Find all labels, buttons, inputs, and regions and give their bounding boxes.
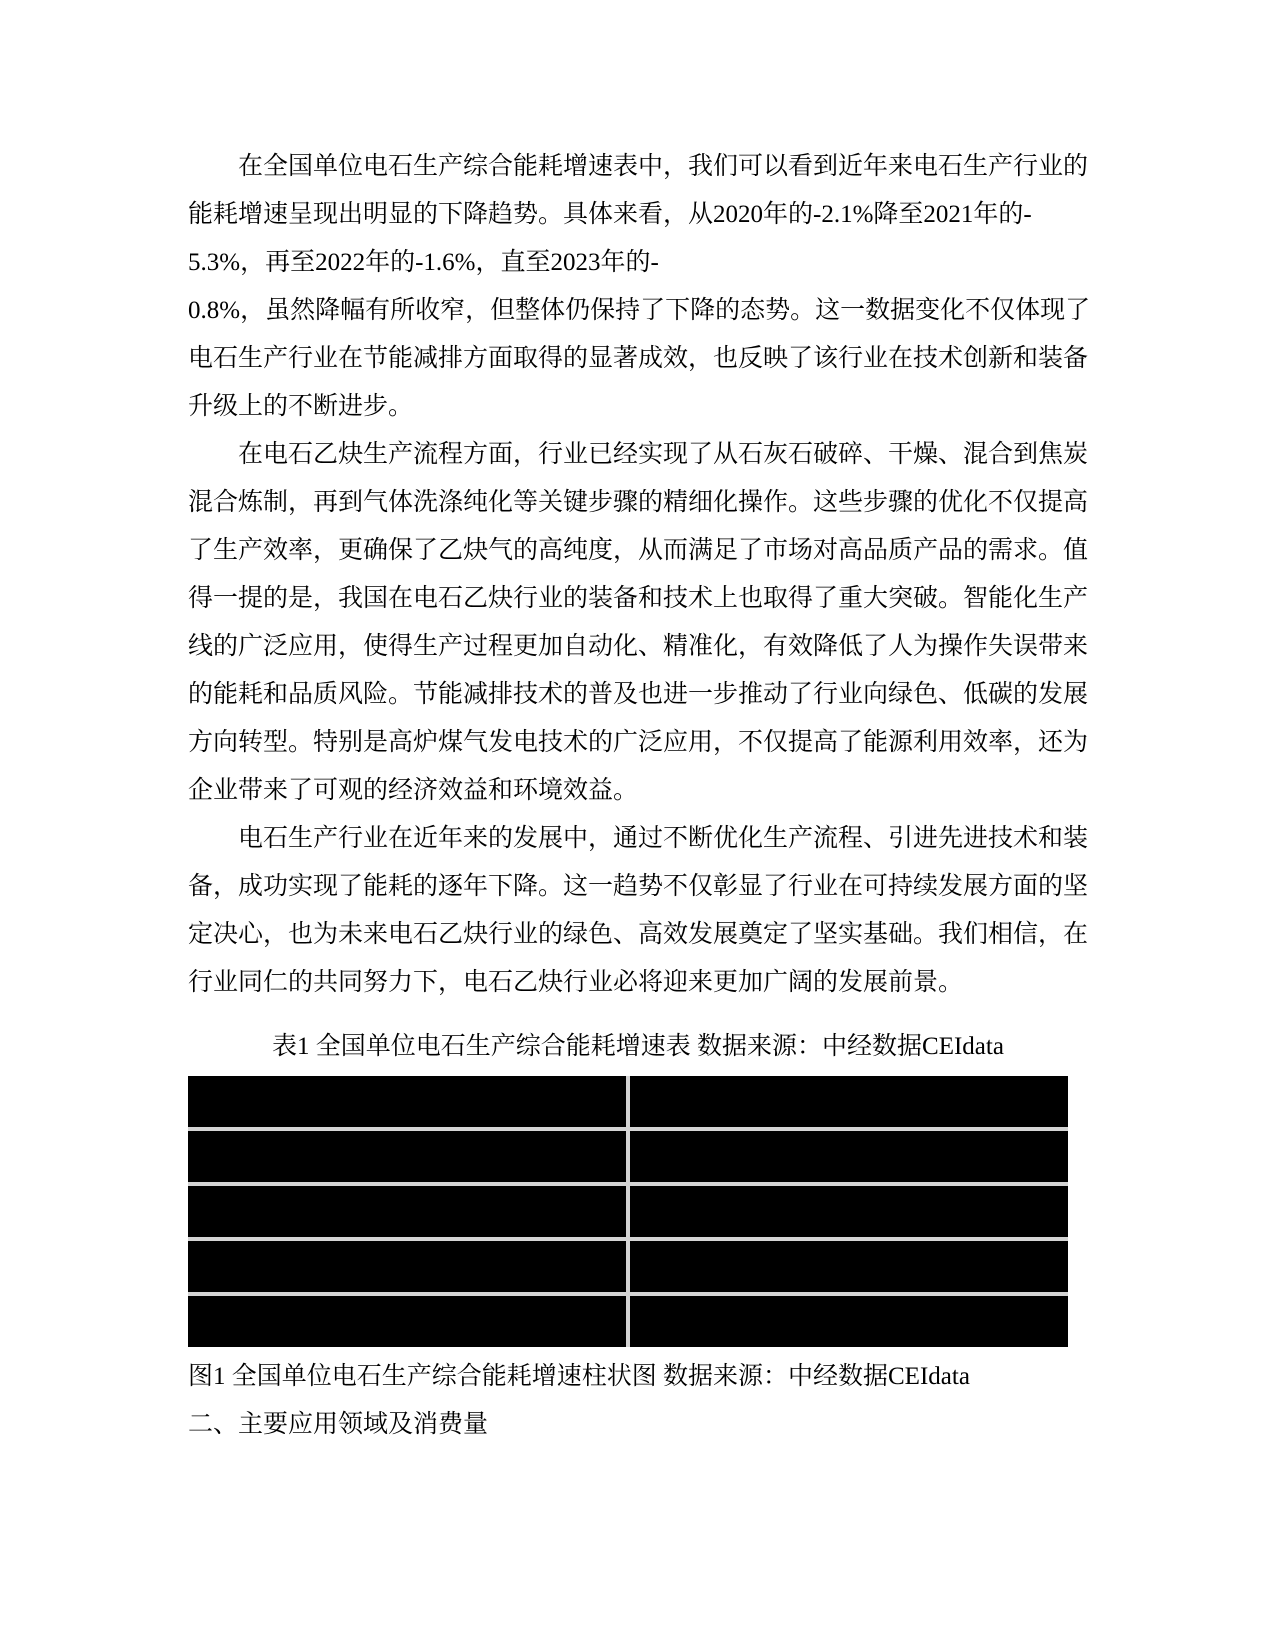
paragraph-line: 得一提的是，我国在电石乙炔行业的装备和技术上也取得了重大突破。智能化生产 [188, 575, 1088, 623]
data-table [188, 1076, 1068, 1347]
table-cell [630, 1131, 1068, 1182]
page-content: 在全国单位电石生产综合能耗增速表中，我们可以看到近年来电石生产行业的能耗增速呈现… [188, 143, 1088, 1449]
table-row [188, 1131, 1068, 1182]
table-cell [188, 1131, 626, 1182]
paragraph-line: 电石生产行业在近年来的发展中，通过不断优化生产流程、引进先进技术和装 [188, 815, 1088, 863]
table-row [188, 1296, 1068, 1347]
paragraph-line: 的能耗和品质风险。节能减排技术的普及也进一步推动了行业向绿色、低碳的发展 [188, 671, 1088, 719]
paragraph-line: 电石生产行业在节能减排方面取得的显著成效，也反映了该行业在技术创新和装备 [188, 335, 1088, 383]
paragraph-line: 混合炼制，再到气体洗涤纯化等关键步骤的精细化操作。这些步骤的优化不仅提高 [188, 479, 1088, 527]
paragraph-line: 线的广泛应用，使得生产过程更加自动化、精准化，有效降低了人为操作失误带来 [188, 623, 1088, 671]
paragraph-line: 0.8%，虽然降幅有所收窄，但整体仍保持了下降的态势。这一数据变化不仅体现了 [188, 287, 1088, 335]
table-cell [630, 1296, 1068, 1347]
section-heading: 二、主要应用领域及消费量 [188, 1401, 1088, 1449]
table-row [188, 1076, 1068, 1127]
table-cell [188, 1241, 626, 1292]
table-cell [630, 1076, 1068, 1127]
paragraph-line: 在全国单位电石生产综合能耗增速表中，我们可以看到近年来电石生产行业的 [188, 143, 1088, 191]
table-cell [188, 1296, 626, 1347]
paragraph-line: 定决心，也为未来电石乙炔行业的绿色、高效发展奠定了坚实基础。我们相信，在 [188, 911, 1088, 959]
paragraph-line: 了生产效率，更确保了乙炔气的高纯度，从而满足了市场对高品质产品的需求。值 [188, 527, 1088, 575]
paragraph: 在电石乙炔生产流程方面，行业已经实现了从石灰石破碎、干燥、混合到焦炭混合炼制，再… [188, 431, 1088, 815]
body-text: 在全国单位电石生产综合能耗增速表中，我们可以看到近年来电石生产行业的能耗增速呈现… [188, 143, 1088, 1007]
document-page: 在全国单位电石生产综合能耗增速表中，我们可以看到近年来电石生产行业的能耗增速呈现… [0, 0, 1275, 1650]
table-cell [630, 1186, 1068, 1237]
paragraph-line: 升级上的不断进步。 [188, 383, 1088, 431]
table-row [188, 1241, 1068, 1292]
figure-caption: 图1 全国单位电石生产综合能耗增速柱状图 数据来源：中经数据CEIdata [188, 1353, 1088, 1401]
paragraph: 在全国单位电石生产综合能耗增速表中，我们可以看到近年来电石生产行业的能耗增速呈现… [188, 143, 1088, 431]
paragraph-line: 企业带来了可观的经济效益和环境效益。 [188, 767, 1088, 815]
paragraph-line: 方向转型。特别是高炉煤气发电技术的广泛应用，不仅提高了能源利用效率，还为 [188, 719, 1088, 767]
table-caption: 表1 全国单位电石生产综合能耗增速表 数据来源：中经数据CEIdata [188, 1023, 1088, 1071]
paragraph-line: 能耗增速呈现出明显的下降趋势。具体来看，从2020年的-2.1%降至2021年的… [188, 191, 1088, 239]
table-cell [188, 1186, 626, 1237]
table-cell [630, 1241, 1068, 1292]
paragraph-line: 备，成功实现了能耗的逐年下降。这一趋势不仅彰显了行业在可持续发展方面的坚 [188, 863, 1088, 911]
paragraph: 电石生产行业在近年来的发展中，通过不断优化生产流程、引进先进技术和装备，成功实现… [188, 815, 1088, 1007]
table-row [188, 1186, 1068, 1237]
paragraph-line: 5.3%，再至2022年的-1.6%，直至2023年的- [188, 239, 1088, 287]
table-cell [188, 1076, 626, 1127]
paragraph-line: 在电石乙炔生产流程方面，行业已经实现了从石灰石破碎、干燥、混合到焦炭 [188, 431, 1088, 479]
paragraph-line: 行业同仁的共同努力下，电石乙炔行业必将迎来更加广阔的发展前景。 [188, 959, 1088, 1007]
